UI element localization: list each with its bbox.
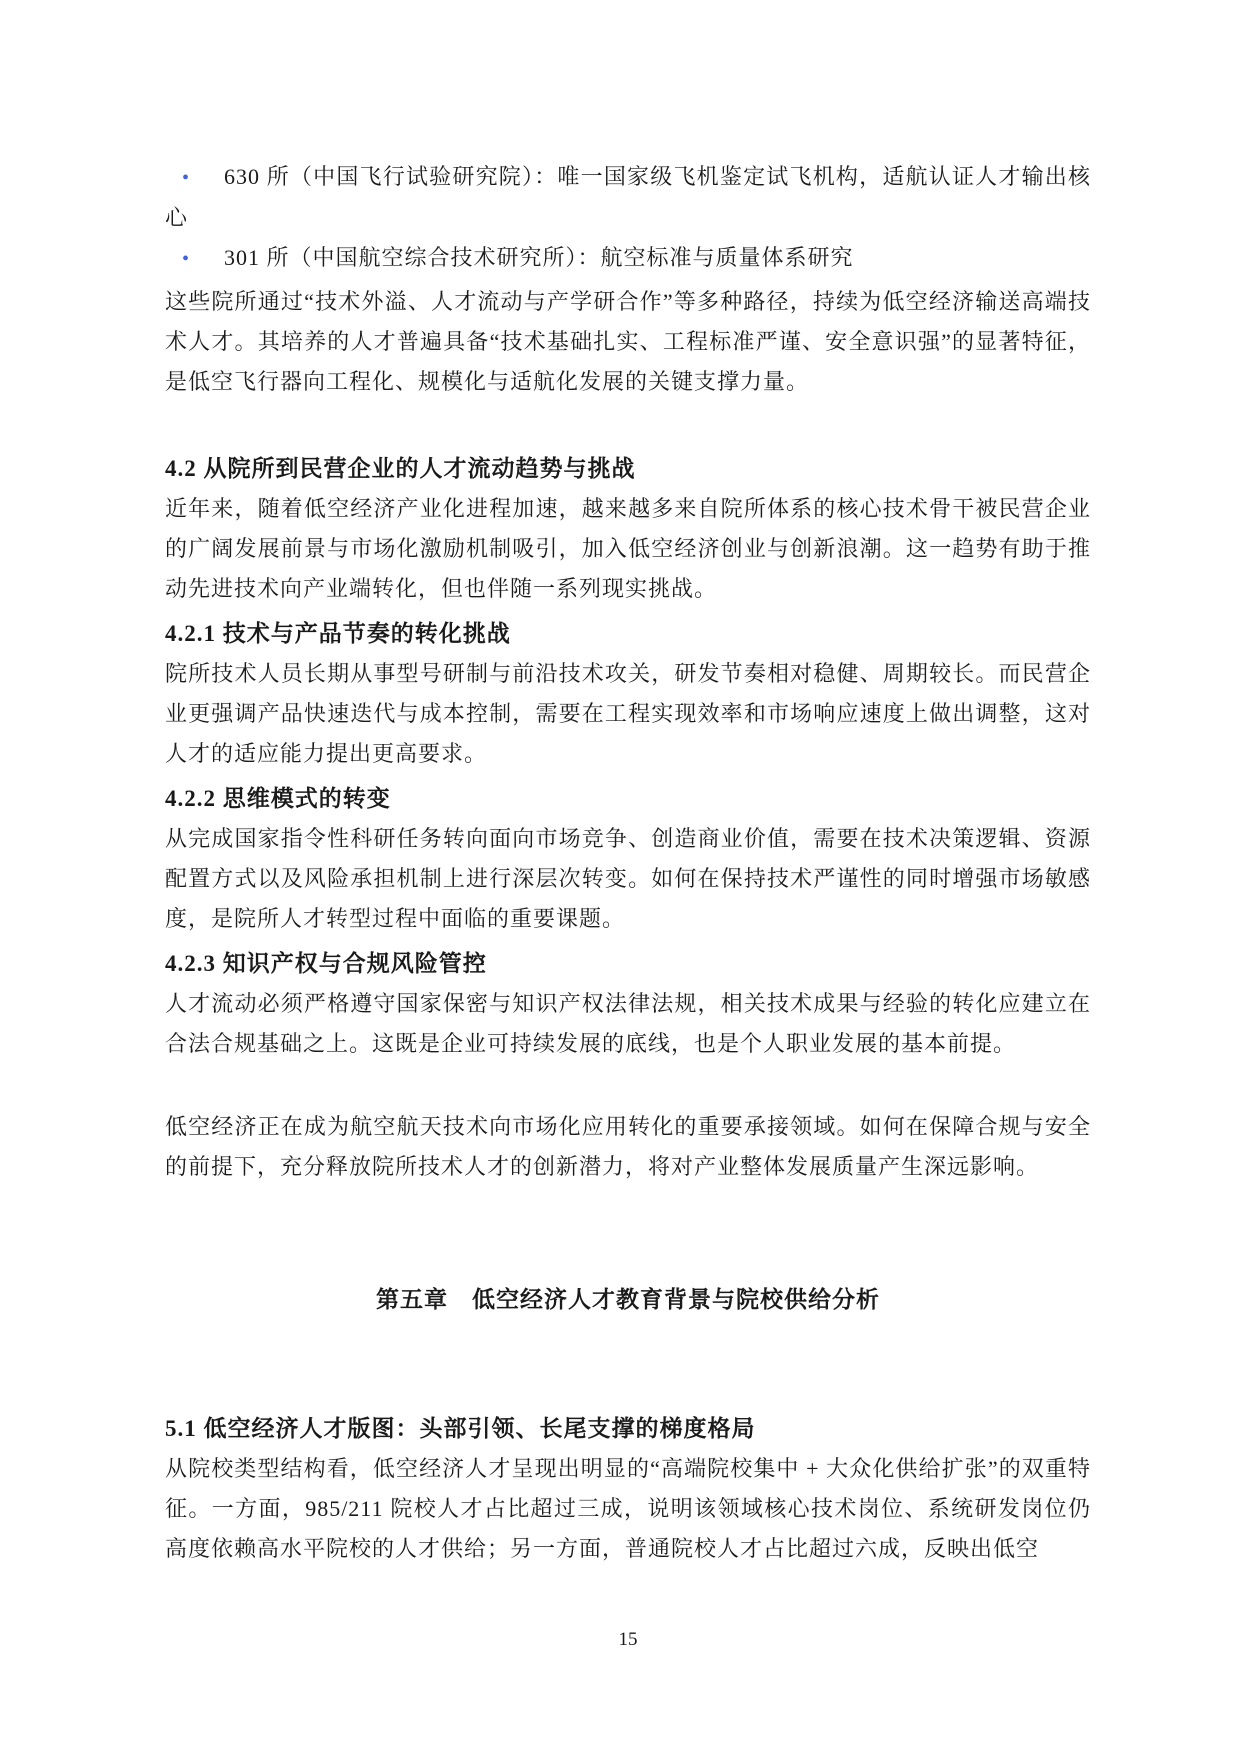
section-paragraph-4-2-3: 人才流动必须严格遵守国家保密与知识产权法律法规，相关技术成果与经验的转化应建立在… bbox=[165, 984, 1091, 1064]
list-item-text: 301 所（中国航空综合技术研究所）：航空标准与质量体系研究 bbox=[224, 245, 854, 270]
list-item-text: 630 所（中国飞行试验研究院）：唯一国家级飞机鉴定试飞机构，适航认证人才输出核… bbox=[165, 164, 1091, 230]
bullet-list: •630 所（中国飞行试验研究院）：唯一国家级飞机鉴定试飞机构，适航认证人才输出… bbox=[165, 157, 1091, 279]
section-heading-4-2-1: 4.2.1 技术与产品节奏的转化挑战 bbox=[165, 614, 1091, 654]
section-paragraph-5-1: 从院校类型结构看，低空经济人才呈现出明显的“高端院校集中 + 大众化供给扩张”的… bbox=[165, 1449, 1091, 1569]
closing-paragraph: 低空经济正在成为航空航天技术向市场化应用转化的重要承接领域。如何在保障合规与安全… bbox=[165, 1107, 1091, 1187]
section-heading-4-2-2: 4.2.2 思维模式的转变 bbox=[165, 779, 1091, 819]
bullet-icon: • bbox=[182, 167, 224, 189]
section-paragraph-4-2: 近年来，随着低空经济产业化进程加速，越来越多来自院所体系的核心技术骨干被民营企业… bbox=[165, 489, 1091, 609]
bullet-icon: • bbox=[182, 248, 224, 270]
section-heading-5-1: 5.1 低空经济人才版图：头部引领、长尾支撑的梯度格局 bbox=[165, 1409, 1091, 1449]
document-page: •630 所（中国飞行试验研究院）：唯一国家级飞机鉴定试飞机构，适航认证人才输出… bbox=[0, 0, 1240, 1754]
section-paragraph-4-2-1: 院所技术人员长期从事型号研制与前沿技术攻关，研发节奏相对稳健、周期较长。而民营企… bbox=[165, 654, 1091, 774]
section-heading-4-2: 4.2 从院所到民营企业的人才流动趋势与挑战 bbox=[165, 449, 1091, 489]
section-paragraph-4-2-2: 从完成国家指令性科研任务转向面向市场竞争、创造商业价值，需要在技术决策逻辑、资源… bbox=[165, 819, 1091, 939]
page-number: 15 bbox=[165, 1620, 1091, 1660]
chapter-heading: 第五章 低空经济人才教育背景与院校供给分析 bbox=[165, 1280, 1091, 1320]
section-heading-4-2-3: 4.2.3 知识产权与合规风险管控 bbox=[165, 944, 1091, 984]
list-item: •301 所（中国航空综合技术研究所）：航空标准与质量体系研究 bbox=[165, 238, 1091, 279]
intro-paragraph: 这些院所通过“技术外溢、人才流动与产学研合作”等多种路径，持续为低空经济输送高端… bbox=[165, 282, 1091, 402]
list-item: •630 所（中国飞行试验研究院）：唯一国家级飞机鉴定试飞机构，适航认证人才输出… bbox=[165, 157, 1091, 238]
